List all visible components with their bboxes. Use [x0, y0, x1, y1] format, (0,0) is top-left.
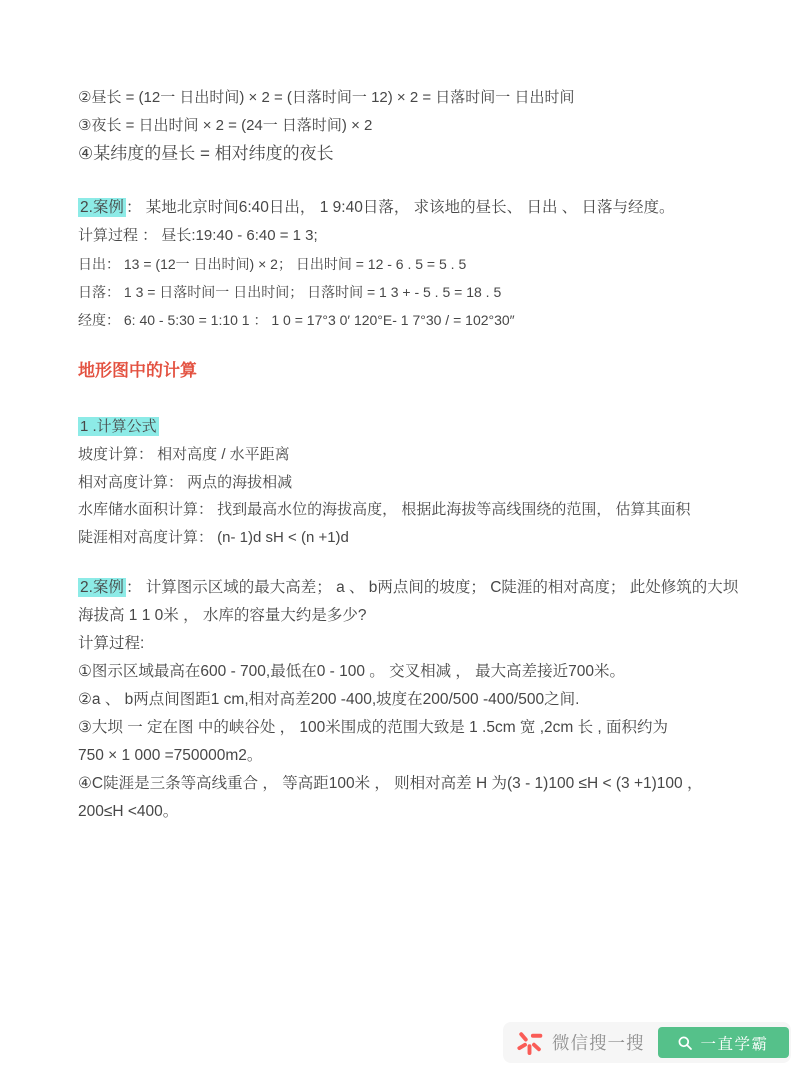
- document-page: ②昼长 = (12一 日出时间) × 2 = (日落时间一 12) × 2 = …: [0, 0, 800, 1067]
- formula-line-daylength: ②昼长 = (12一 日出时间) × 2 = (日落时间一 12) × 2 = …: [78, 84, 764, 112]
- wechat-sparkle-icon: [516, 1029, 543, 1056]
- case2-step4-line2: 200≤H <400。: [78, 798, 764, 826]
- terrain-section-heading: 地形图中的计算: [78, 360, 197, 382]
- case1-colon: ：: [126, 199, 142, 216]
- case2-step1: ①图示区域最高在600 - 700,最低在0 - 100 。 交叉相减 ， 最大…: [78, 658, 764, 686]
- case2-section: 2.案例： 计算图示区域的最大高差； a 、 b两点间的坡度； C陡涯的相对高度…: [78, 574, 764, 826]
- terrain-formula-slope: 坡度计算： 相对高度 / 水平距离: [78, 441, 764, 469]
- terrain-formula-list: 坡度计算： 相对高度 / 水平距离 相对高度计算： 两点的海拔相减 水库储水面积…: [78, 441, 764, 551]
- case1-text: 某地北京时间6:40日出， 1 9:40日落， 求该地的昼长、 日出 、 日落与…: [141, 199, 674, 216]
- daylength-formula-section: ②昼长 = (12一 日出时间) × 2 = (日落时间一 12) × 2 = …: [78, 84, 764, 168]
- terrain-formula-cliff-height: 陡涯相对高度计算： (n- 1)d sH < (n +1)d: [78, 524, 764, 552]
- search-icon: [677, 1035, 693, 1051]
- formula-line-latitude: ④某纬度的昼长 = 相对纬度的夜长: [78, 140, 764, 168]
- case1-section: 2.案例： 某地北京时间6:40日出， 1 9:40日落， 求该地的昼长、 日出…: [78, 194, 764, 334]
- case2-step3-line1: ③大坝 一 定在图 中的峡谷处 ， 100米围成的范围大致是 1 .5cm 宽 …: [78, 714, 764, 742]
- watermark-brand-text: 微信搜一搜: [552, 1030, 645, 1055]
- case2-title-line2: 海拔高 1 1 0米 ， 水库的容量大约是多少?: [78, 602, 764, 630]
- case1-title-line: 2.案例： 某地北京时间6:40日出， 1 9:40日落， 求该地的昼长、 日出…: [78, 194, 764, 222]
- terrain-sub1-highlight: 1 .计算公式: [78, 417, 159, 436]
- watermark-search-button: 一直学霸: [658, 1027, 789, 1058]
- case1-sunrise-line: 日出： 13 = (12一 日出时间) × 2； 日出时间 = 12 - 6 .…: [78, 250, 764, 278]
- case2-step3-line2: 750 × 1 000 =750000m2。: [78, 742, 764, 770]
- terrain-sub1: 1 .计算公式: [78, 413, 764, 441]
- case2-label-highlight: 2.案例: [78, 578, 126, 597]
- terrain-sub1-line: 1 .计算公式: [78, 413, 764, 441]
- case2-step4-line1: ④C陡涯是三条等高线重合 ， 等高距100米 ， 则相对高差 H 为(3 - 1…: [78, 770, 764, 798]
- case1-longitude-line: 经度： 6: 40 - 5:30 = 1:10 1 ： 1 0 = 17°3 0…: [78, 306, 764, 334]
- case2-colon: ：: [126, 579, 142, 596]
- case1-sunset-line: 日落： 1 3 = 日落时间一 日出时间； 日落时间 = 1 3 + - 5 .…: [78, 278, 764, 306]
- terrain-formula-relative-height: 相对高度计算： 两点的海拔相减: [78, 469, 764, 497]
- case2-process-label: 计算过程:: [78, 630, 764, 658]
- terrain-formula-reservoir-area: 水库储水面积计算： 找到最高水位的海拔高度， 根据此海拔等高线围绕的范围， 估算…: [78, 496, 764, 524]
- case2-step2: ②a 、 b两点间图距1 cm,相对高差200 -400,坡度在200/500 …: [78, 686, 764, 714]
- case2-title-line1: 2.案例： 计算图示区域的最大高差； a 、 b两点间的坡度； C陡涯的相对高度…: [78, 574, 764, 602]
- case2-text-line1: 计算图示区域的最大高差； a 、 b两点间的坡度； C陡涯的相对高度； 此处修筑…: [141, 579, 738, 596]
- case1-process-line: 计算过程 ： 昼长:19:40 - 6:40 = 1 3;: [78, 222, 764, 250]
- case1-label-highlight: 2.案例: [78, 198, 126, 217]
- watermark-button-text: 一直学霸: [700, 1032, 768, 1054]
- formula-line-nightlength: ③夜长 = 日出时间 × 2 = (24一 日落时间) × 2: [78, 112, 764, 140]
- wechat-search-watermark: 微信搜一搜 一直学霸: [503, 1022, 791, 1063]
